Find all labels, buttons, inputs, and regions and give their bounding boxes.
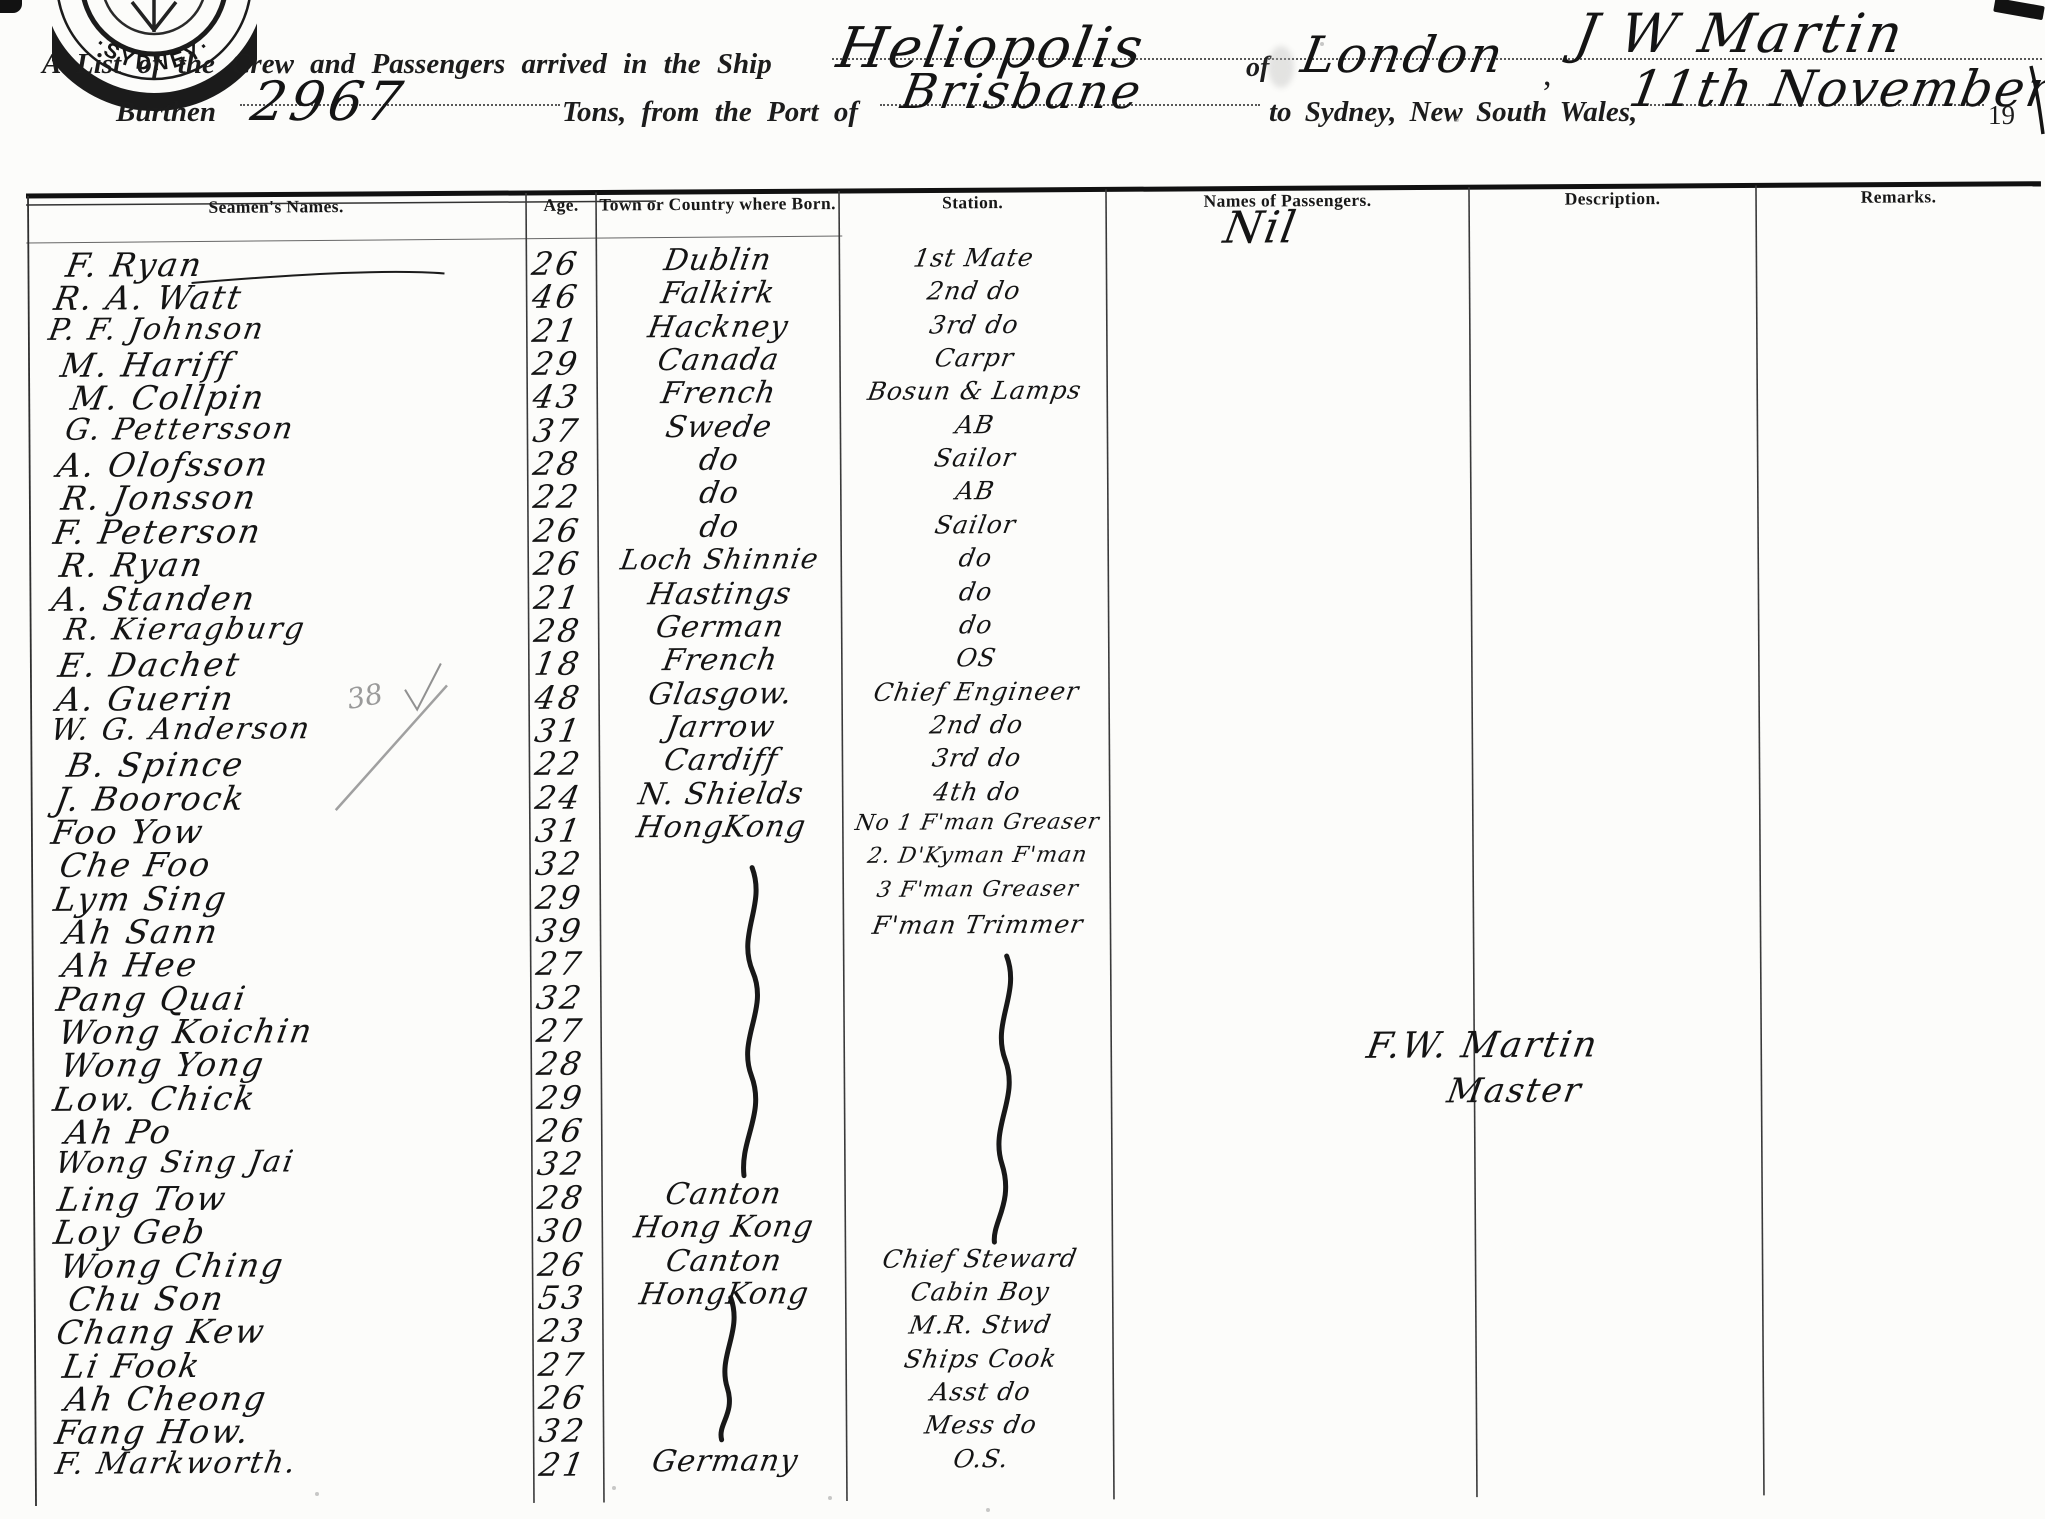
birthplace: German <box>596 609 845 646</box>
station: Chief Engineer <box>842 676 1112 707</box>
ditto-squiggle-born-2 <box>720 1298 735 1440</box>
speckle <box>828 1496 832 1500</box>
seaman-age: 32 <box>535 1145 588 1183</box>
birthplace: Canada <box>594 342 843 379</box>
station: Cabin Boy <box>845 1276 1115 1307</box>
seaman-age: 22 <box>532 745 585 783</box>
station: Asst do <box>846 1376 1116 1407</box>
paper-smudge <box>1268 46 1294 88</box>
station: 4th do <box>842 776 1112 807</box>
seaman-age: 28 <box>534 1045 587 1083</box>
station: AB <box>840 475 1110 506</box>
seaman-age: 32 <box>533 845 586 883</box>
station: 3 F'man Greaser <box>843 876 1112 903</box>
station: Sailor <box>841 509 1111 540</box>
birthplace: Glasgow. <box>596 676 845 713</box>
station: F'man Trimmer <box>843 909 1113 940</box>
station: 2nd do <box>839 275 1109 306</box>
column-header: Age. <box>526 195 596 216</box>
remarks-signature-title: Master <box>1444 1071 1585 1112</box>
birthplace: Jarrow <box>596 709 845 746</box>
birthplace: French <box>594 375 843 412</box>
birthplace: Cardiff <box>596 742 845 779</box>
column-header: Remarks. <box>1756 186 2041 209</box>
station: No 1 F'man Greaser <box>843 809 1112 836</box>
birthplace: do <box>595 475 844 512</box>
station: OS <box>841 642 1111 673</box>
column-header: Town or Country where Born. <box>596 193 839 215</box>
speckle <box>986 1508 990 1512</box>
station: Sailor <box>840 442 1110 473</box>
seaman-age: 32 <box>536 1412 589 1450</box>
birthplace: do <box>595 509 844 546</box>
birthplace: Hastings <box>595 576 844 613</box>
seaman-name: P. F. Johnson <box>46 312 268 348</box>
speckle <box>1455 118 1459 122</box>
remarks-signature-name: F.W. Martin <box>1364 1024 1602 1066</box>
station: M.R. Stwd <box>845 1309 1115 1340</box>
column-header: Station. <box>839 191 1106 214</box>
birthplace: Hackney <box>594 309 843 346</box>
station: Bosun & Lamps <box>840 375 1110 406</box>
seaman-name: F. Markworth. <box>53 1445 300 1482</box>
station: do <box>841 609 1111 640</box>
station: 3rd do <box>839 309 1109 340</box>
birthplace: HongKong <box>600 1276 849 1313</box>
birthplace: N. Shields <box>597 776 846 813</box>
station: 3rd do <box>842 742 1112 773</box>
station: Mess do <box>846 1409 1116 1440</box>
station: 2. D'Kyman F'man <box>843 842 1112 869</box>
pencil-annotation: 38 <box>344 677 385 716</box>
passengers-nil-entry: Nil <box>1220 202 1301 253</box>
birthplace: Canton <box>599 1176 848 1213</box>
birthplace: Dublin <box>593 242 842 279</box>
station: do <box>841 576 1111 607</box>
seaman-age: 26 <box>531 545 584 583</box>
birthplace: HongKong <box>597 809 846 846</box>
speckle <box>1320 42 1324 46</box>
seaman-age: 21 <box>537 1446 590 1484</box>
station: Chief Steward <box>845 1243 1115 1274</box>
speckle <box>315 1492 319 1496</box>
birthplace: French <box>596 642 845 679</box>
seaman-age: 18 <box>532 645 585 683</box>
crew-passenger-list-document: ·SYDNEY· A List of the Crew and Passenge… <box>0 0 2045 1519</box>
seaman-name: Wong Sing Jai <box>53 1144 298 1180</box>
seaman-age: 22 <box>531 478 584 516</box>
seaman-age: 27 <box>533 945 586 983</box>
seaman-age: 23 <box>536 1312 589 1350</box>
ditto-squiggle-station <box>993 956 1013 1242</box>
seaman-age: 46 <box>529 278 582 316</box>
birthplace: Loch Shinnie <box>595 542 844 577</box>
birthplace: Germany <box>601 1443 850 1480</box>
station: Carpr <box>840 342 1110 373</box>
seaman-age: 43 <box>530 378 583 416</box>
station: O.S. <box>846 1443 1116 1474</box>
ditto-squiggle-born <box>742 868 759 1176</box>
station: do <box>841 542 1111 573</box>
seaman-name: G. Pettersson <box>62 411 297 447</box>
column-header: Description. <box>1469 187 1756 210</box>
seaman-age: 30 <box>535 1212 588 1250</box>
station: Ships Cook <box>846 1343 1116 1374</box>
birthplace: Swede <box>594 409 843 446</box>
birthplace: Falkirk <box>594 275 843 312</box>
birthplace: Canton <box>600 1243 849 1280</box>
crew-table: Seamen's Names.Age.Town or Country where… <box>0 0 2045 1519</box>
station: AB <box>840 409 1110 440</box>
seaman-name: R. Kieragburg <box>62 611 309 648</box>
station: 1st Mate <box>839 242 1109 273</box>
column-header: Seamen's Names. <box>26 195 526 219</box>
pencil-checkmark <box>405 663 441 709</box>
speckle <box>612 1486 616 1490</box>
birthplace: Hong Kong <box>599 1209 848 1246</box>
birthplace: do <box>595 442 844 479</box>
station: 2nd do <box>842 709 1112 740</box>
seaman-name: W. G. Anderson <box>48 711 314 748</box>
